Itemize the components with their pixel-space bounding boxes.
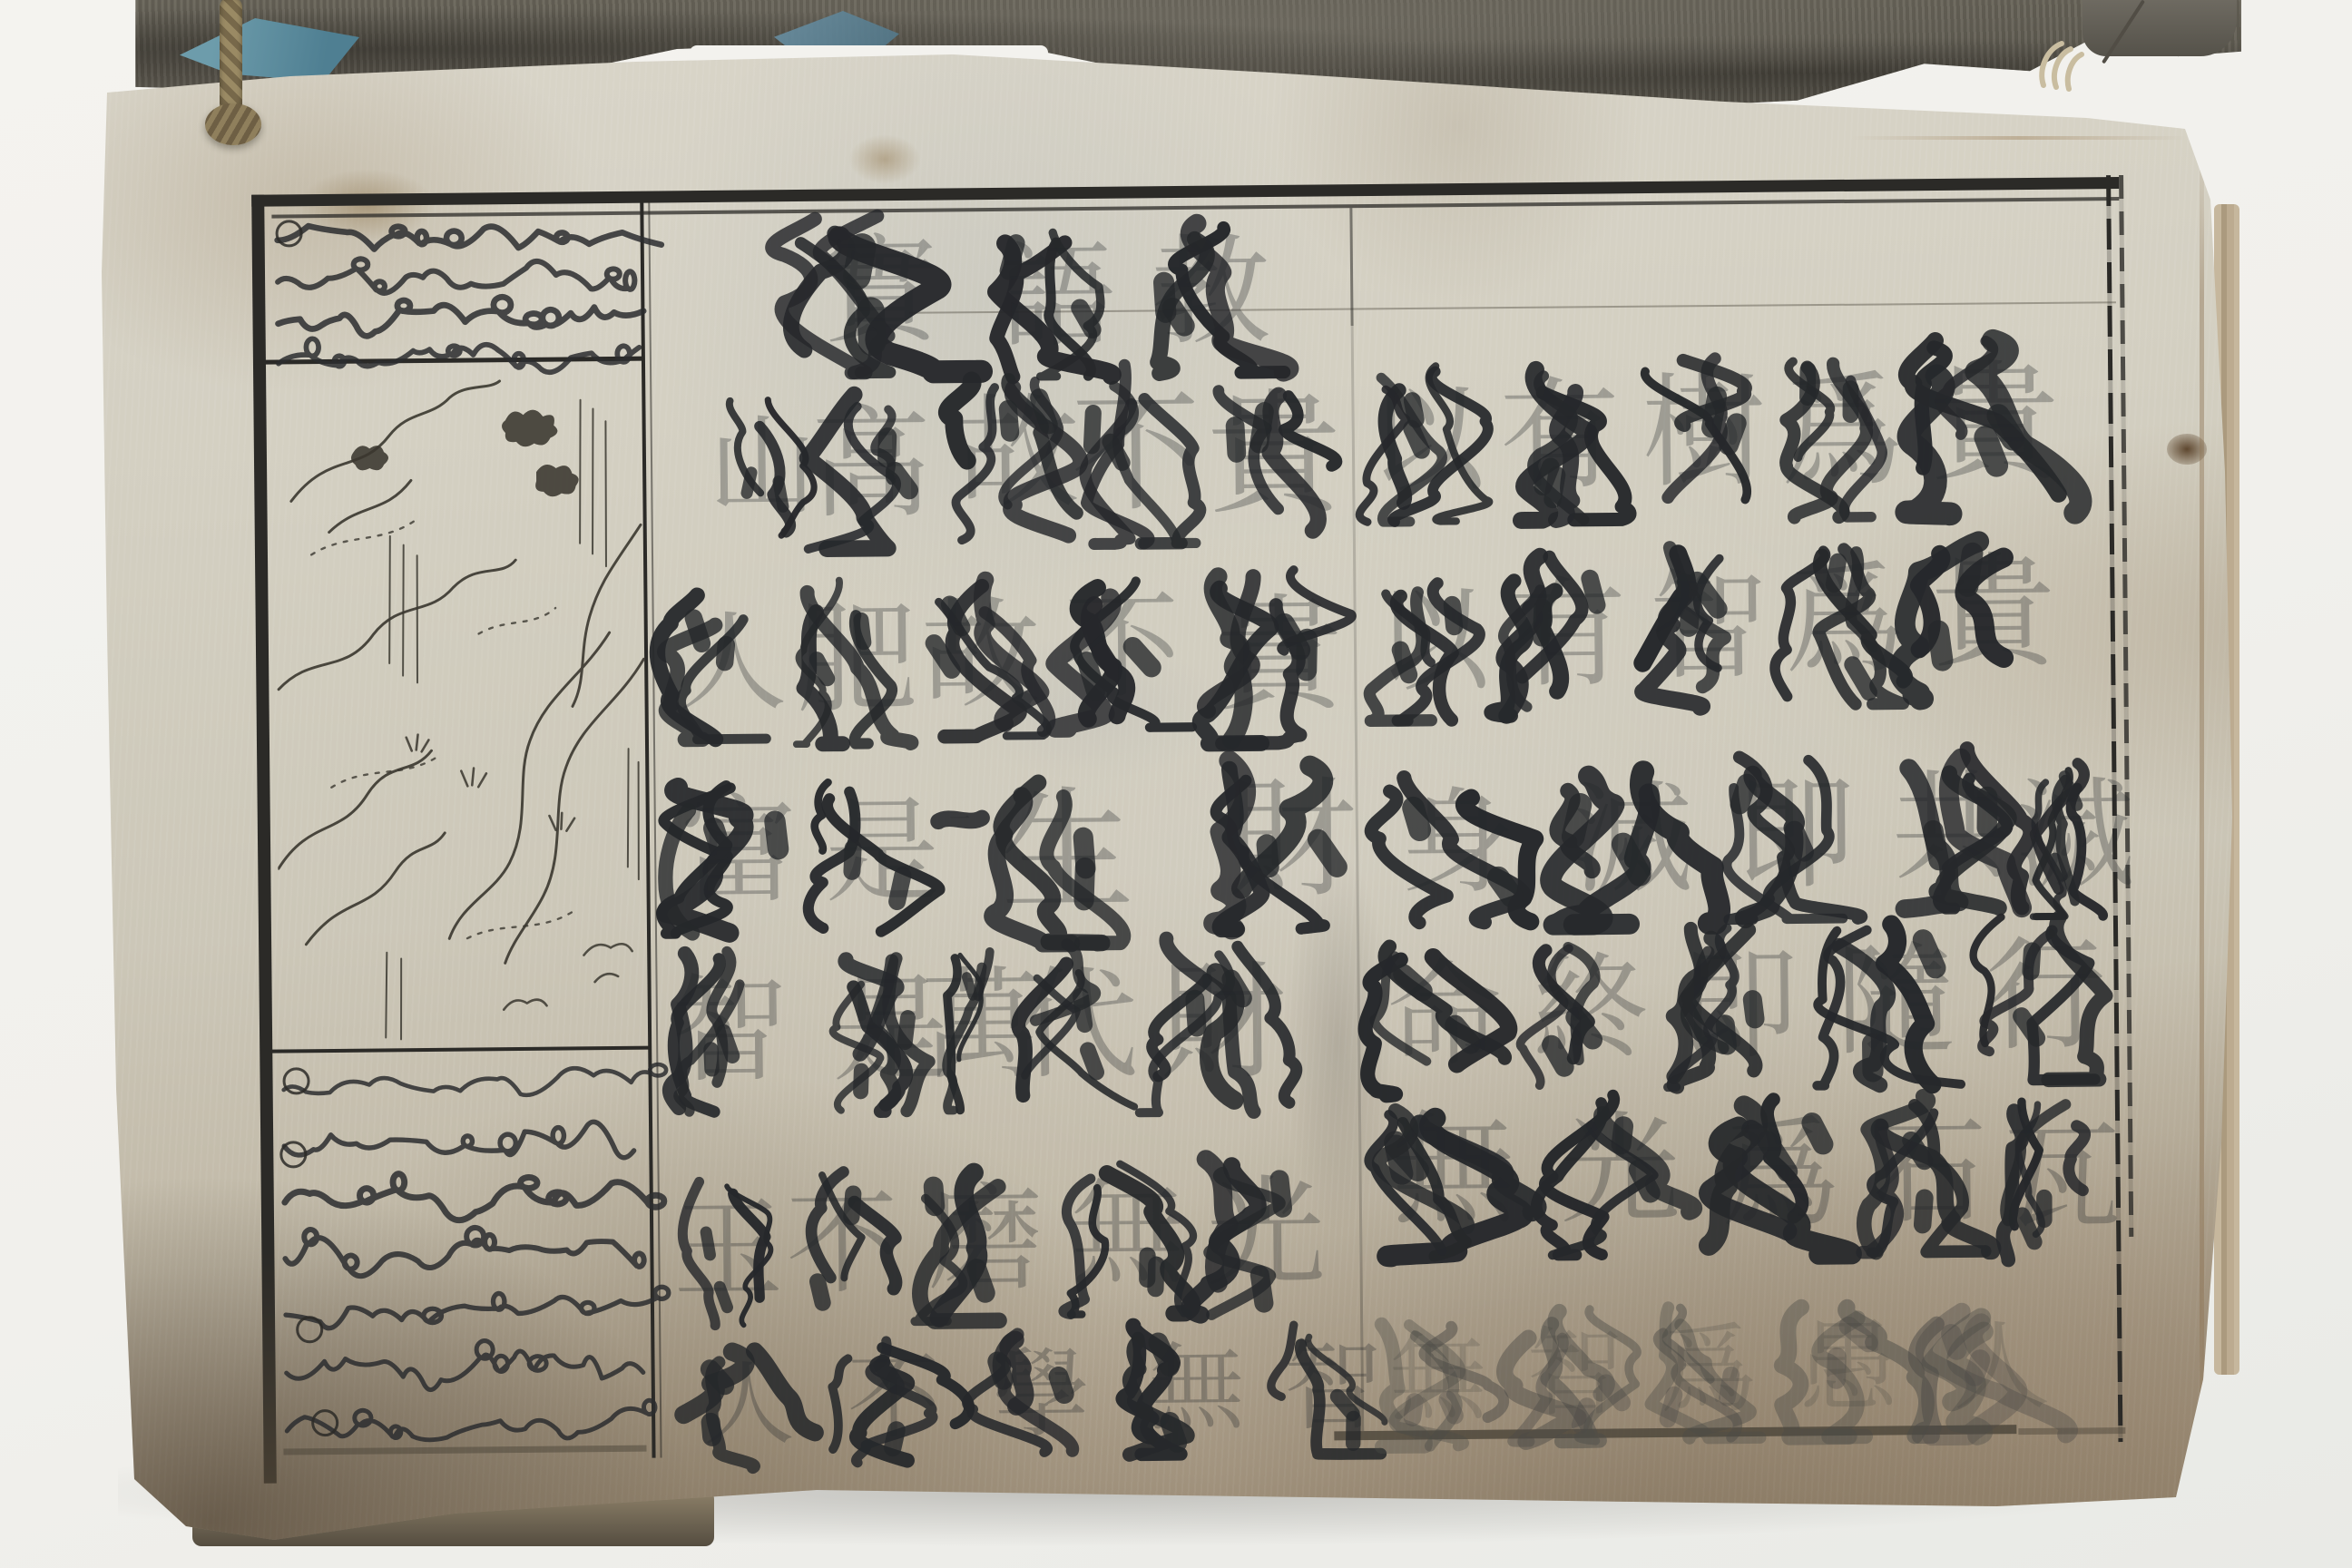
calligraphy-char: 終: [1514, 924, 1667, 1096]
calligraphy-char: 共: [1872, 739, 2030, 915]
calligraphy-char: 不: [778, 1161, 906, 1328]
calligraphy-char: 人: [663, 583, 801, 744]
calligraphy-char: 樹: [1627, 342, 1781, 525]
char-glyph: 即: [1665, 916, 1814, 1093]
char-glyph: 以: [1359, 354, 1493, 527]
char-glyph: 隨: [1814, 912, 1977, 1092]
char-glyph: 無: [1063, 1150, 1191, 1319]
char-glyph: 終: [1514, 924, 1667, 1096]
char-glyph: 爲: [1779, 531, 1910, 710]
calligraphy-char: 智: [1634, 538, 1783, 714]
char-glyph: 即: [1720, 746, 1871, 926]
calligraphy-char: 滅: [1543, 750, 1722, 930]
calligraphy-char: 以: [1364, 556, 1500, 726]
char-glyph: 故: [912, 566, 1050, 741]
calligraphy-char: 命: [1366, 930, 1524, 1101]
calligraphy-char: 不: [1046, 562, 1198, 734]
char-glyph: 爲: [1700, 1085, 1861, 1261]
calligraphy-char: 故: [912, 566, 1050, 741]
binding-cord-knot: [205, 103, 261, 145]
calligraphy-char: 身: [1370, 758, 1544, 928]
calligraphy-char: 磨: [908, 1154, 1063, 1327]
book-cover-corner: [2082, 0, 2237, 56]
char-glyph: 有: [1491, 347, 1629, 525]
calligraphy-char: 無: [1121, 1318, 1272, 1459]
calligraphy-char: 滅: [2030, 747, 2121, 922]
calligraphy-char: 爲: [1779, 340, 1905, 523]
kana-text-row: [282, 1286, 643, 1337]
char-glyph: 貴: [1910, 521, 2077, 706]
char-glyph: 愚: [1774, 1293, 1923, 1442]
char-glyph: 有: [1498, 545, 1636, 720]
calligraphy-char: 愚: [1774, 1293, 1923, 1442]
calligraphy-char: 貴: [1200, 355, 1347, 554]
char-glyph: 石: [1861, 1087, 1999, 1257]
char-glyph: 行: [1977, 905, 2113, 1085]
calligraphy-char: 爲: [1779, 531, 1910, 710]
circle-marker: [275, 220, 302, 247]
calligraphy-char: 富: [656, 765, 821, 939]
calligraphy-char: 無: [1063, 1150, 1191, 1319]
kana-text-row: [279, 1061, 641, 1112]
calligraphy-char: 實: [772, 202, 987, 378]
calligraphy-char: 爲: [1643, 1298, 1774, 1443]
char-glyph: 光: [1191, 1144, 1340, 1320]
calligraphy-char: 玉: [682, 1168, 775, 1330]
char-glyph: 山: [716, 387, 808, 548]
char-glyph: 智: [1507, 1301, 1643, 1445]
calligraphy-char: 學: [965, 1323, 1119, 1468]
char-glyph: 代: [1015, 936, 1141, 1114]
calligraphy-char: 貴: [1905, 326, 2084, 520]
calligraphy-char: 教: [1129, 203, 1292, 379]
calligraphy-char: 石: [1861, 1087, 1999, 1257]
char-glyph: 貴: [1905, 326, 2084, 520]
calligraphy-char: 以: [1359, 354, 1493, 527]
calligraphy-char: 無: [1366, 1079, 1542, 1262]
book-page: 實語教山高故不貴以有樹爲貴人肥故不貴以有智爲貴富是一生財身滅即共滅智是萬代財命終…: [0, 0, 2352, 1568]
char-glyph: 一: [936, 804, 985, 836]
char-glyph: 不: [778, 1161, 906, 1328]
kana-text-row: [281, 1230, 642, 1280]
kana-text-row: [274, 299, 633, 342]
calligraphy-char: 財: [1211, 743, 1373, 936]
char-glyph: 光: [1543, 1082, 1698, 1261]
calligraphy-char: 財: [1150, 930, 1297, 1119]
calligraphy-char: 即: [1665, 916, 1814, 1093]
calligraphy-char: 不: [1072, 357, 1200, 550]
char-glyph: 不: [1046, 562, 1198, 734]
calligraphy-char: 有: [1498, 545, 1636, 720]
calligraphy-char: 爲: [1700, 1085, 1861, 1261]
kana-text-row: [280, 1117, 642, 1168]
calligraphy-char: 智: [671, 944, 788, 1117]
char-glyph: 人: [663, 583, 801, 744]
calligraphy-char: 光: [1191, 1144, 1340, 1320]
calligraphy-char: 無: [1369, 1307, 1507, 1451]
char-glyph: 無: [1369, 1307, 1507, 1451]
calligraphy-char: 故: [946, 363, 1090, 545]
circle-marker: [311, 1409, 338, 1436]
char-glyph: 財: [1211, 743, 1373, 936]
char-glyph: 不: [1072, 357, 1200, 550]
binding-cord: [211, 0, 265, 169]
char-glyph: 無: [1366, 1079, 1542, 1262]
calligraphy-char: 瓦: [2001, 1092, 2124, 1265]
calligraphy-char: 不: [825, 1329, 962, 1466]
char-glyph: 富: [656, 765, 821, 939]
calligraphy-char: 高: [799, 376, 943, 554]
char-glyph: 共: [1872, 739, 2030, 915]
calligraphy-char: 貴: [1199, 562, 1360, 750]
char-glyph: 磨: [908, 1154, 1063, 1327]
circle-marker: [279, 1141, 307, 1168]
char-glyph: 無: [1121, 1318, 1272, 1459]
calligraphy-char: 代: [1015, 936, 1141, 1114]
calligraphy-char: 山: [716, 387, 808, 548]
calligraphy-char: 人: [674, 1337, 822, 1473]
char-glyph: 爲: [1779, 340, 1905, 523]
char-glyph: 財: [1150, 930, 1297, 1119]
char-glyph: 肥: [797, 571, 916, 750]
char-glyph: 爲: [1643, 1298, 1774, 1443]
char-glyph: 智: [671, 944, 788, 1117]
calligraphy-char: 肥: [797, 571, 916, 750]
calligraphy-char: 生: [989, 752, 1145, 950]
calligraphy-char: 萬: [943, 937, 1021, 1116]
char-glyph: 滅: [1543, 750, 1722, 930]
calligraphy-char: 隨: [1814, 912, 1977, 1092]
calligraphy-char: 一: [936, 804, 985, 836]
char-glyph: 生: [989, 752, 1145, 950]
char-glyph: 實: [772, 202, 987, 378]
char-glyph: 樹: [1627, 342, 1781, 525]
char-glyph: 不: [825, 1329, 962, 1466]
char-glyph: 學: [965, 1323, 1119, 1468]
char-glyph: 萬: [943, 937, 1021, 1116]
kana-text-row: [274, 257, 633, 300]
calligraphy-char: 人: [1923, 1296, 2081, 1441]
char-glyph: 命: [1366, 930, 1524, 1101]
char-glyph: 是: [815, 767, 949, 936]
circle-marker: [282, 1067, 309, 1094]
char-glyph: 貴: [1199, 562, 1360, 750]
char-glyph: 教: [1129, 203, 1292, 379]
photo-of-woodblock-book-page: 實語教山高故不貴以有樹爲貴人肥故不貴以有智爲貴富是一生財身滅即共滅智是萬代財命終…: [0, 0, 2352, 1568]
paper-twist-tie: [2034, 33, 2089, 93]
char-glyph: 人: [674, 1337, 822, 1473]
char-glyph: 以: [1364, 556, 1500, 726]
calligraphy-char: 智: [1507, 1301, 1643, 1445]
char-glyph: 玉: [682, 1168, 775, 1330]
char-glyph: 瓦: [2001, 1092, 2124, 1265]
kana-text-row: [275, 338, 634, 382]
kana-text-row: [282, 1344, 643, 1395]
kana-text-row: [281, 1173, 642, 1224]
char-glyph: 高: [799, 376, 943, 554]
char-glyph: 人: [1923, 1296, 2081, 1441]
calligraphy-char: 即: [1720, 746, 1871, 926]
char-glyph: 滅: [2030, 747, 2121, 922]
calligraphy-char: 是: [815, 767, 949, 936]
calligraphy-char: 光: [1543, 1082, 1698, 1261]
char-glyph: 貴: [1200, 355, 1347, 554]
char-glyph: 身: [1370, 758, 1544, 928]
calligraphy-char: 貴: [1910, 521, 2077, 706]
kana-text-row: [273, 215, 632, 259]
calligraphy-char: 有: [1491, 347, 1629, 525]
calligraphy-char: 行: [1977, 905, 2113, 1085]
circle-marker: [296, 1316, 323, 1343]
char-glyph: 智: [1634, 538, 1783, 714]
char-glyph: 故: [946, 363, 1090, 545]
